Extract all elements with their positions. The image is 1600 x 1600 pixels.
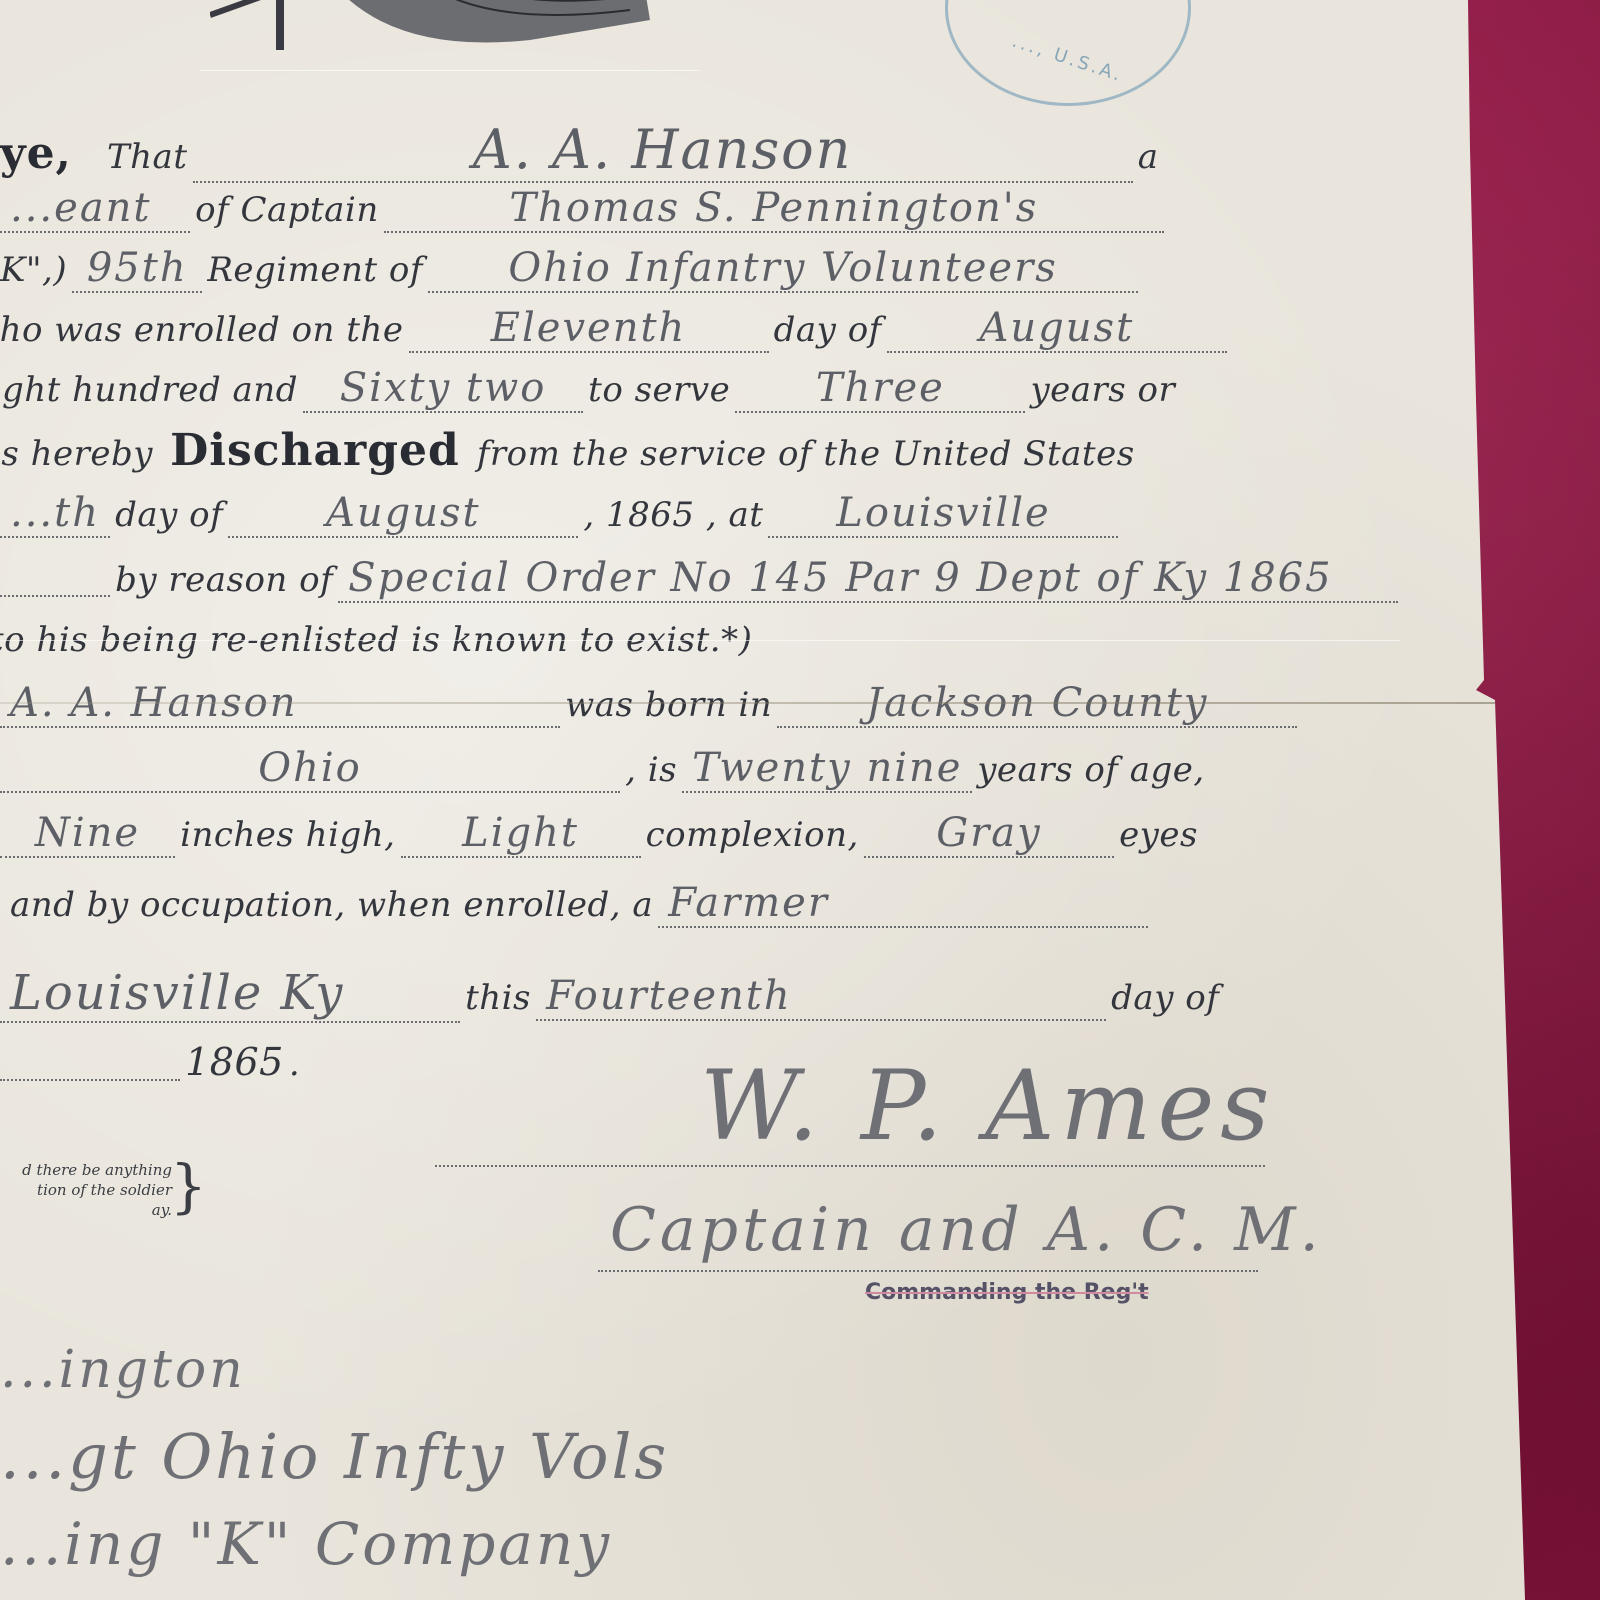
soldier-rank: ...eant	[0, 185, 190, 233]
printed-text: to serve	[588, 370, 730, 410]
printed-text: this	[465, 978, 531, 1018]
captain-name: Thomas S. Pennington's	[384, 185, 1164, 233]
commanding-label: Commanding the Reg't	[865, 1280, 1149, 1305]
given-day: Fourteenth	[536, 973, 1106, 1021]
discharged-heading: Discharged	[170, 425, 460, 476]
printed-text: eyes	[1119, 815, 1198, 855]
printed-text: of Captain	[195, 190, 379, 230]
printed-text: , 1865 , at	[583, 495, 763, 535]
printed-text: day of	[1111, 978, 1219, 1018]
line-regiment: K",) 95th Regiment of Ohio Infantry Volu…	[0, 245, 1138, 293]
line-given-at: Louisville Ky this Fourteenth day of	[0, 965, 1219, 1023]
discharge-month: August	[228, 490, 578, 538]
printed-text: , is	[625, 750, 677, 790]
discharge-place: Louisville	[768, 490, 1118, 538]
discharge-certificate: ..., U.S.A. ye, That A. A. Hanson a ...e…	[0, 0, 1600, 1600]
footnote-line: ay.	[0, 1200, 172, 1220]
printed-text: years of age,	[977, 750, 1204, 790]
signature-line	[435, 1165, 1265, 1167]
title-line	[598, 1270, 1258, 1272]
discharge-reason: Special Order No 145 Par 9 Dept of Ky 18…	[338, 555, 1398, 603]
printed-text: by reason of	[115, 560, 333, 600]
footnote-line: tion of the soldier	[0, 1180, 172, 1200]
printed-text: day of	[774, 310, 882, 350]
line-enrolled: who was enrolled on the Eleventh day of …	[0, 305, 1227, 353]
printed-text: years or	[1030, 370, 1175, 410]
line-discharge-date: ...th day of August , 1865 , at Louisvil…	[0, 490, 1118, 538]
service-years: Three	[735, 365, 1025, 413]
occupation: Farmer	[658, 880, 1148, 928]
height-inches: Nine	[0, 810, 175, 858]
footnote-line: d there be anything	[0, 1160, 172, 1180]
footnote: d there be anything tion of the soldier …	[0, 1160, 172, 1220]
printed-text: .	[289, 1044, 300, 1084]
soldier-name-repeat: A. A. Hanson	[0, 680, 560, 728]
endorsement-line: ...ing "K" Company	[0, 1510, 612, 1578]
discharge-day: ...th	[0, 490, 110, 538]
printed-text: day of	[115, 495, 223, 535]
birth-county: Jackson County	[777, 680, 1297, 728]
line-occupation: and by occupation, when enrolled, a Farm…	[10, 880, 1148, 928]
printed-text: and by occupation, when enrolled, a	[10, 885, 653, 925]
printed-text: complexion,	[646, 815, 859, 855]
complexion: Light	[401, 810, 641, 858]
company-letter: K",)	[0, 250, 67, 290]
line-description: Nine inches high, Light complexion, Gray…	[0, 810, 1198, 858]
printed-text: inches high,	[180, 815, 395, 855]
printed-text: eight hundred and	[0, 370, 298, 410]
printed-text: from the service of the United States	[477, 434, 1135, 474]
soldier-name: A. A. Hanson	[193, 118, 1133, 183]
line-year: 1865 .	[0, 1040, 300, 1084]
line-captain: ...eant of Captain Thomas S. Pennington'…	[0, 185, 1164, 233]
line-name: ye, That A. A. Hanson a	[0, 118, 1158, 183]
eye-color: Gray	[864, 810, 1114, 858]
line-discharged: is hereby Discharged from the service of…	[0, 425, 1135, 476]
brace-icon: }	[170, 1152, 207, 1220]
printed-text: That	[107, 137, 188, 177]
engraving-illustration-icon	[210, 0, 660, 55]
enroll-year: Sixty two	[303, 365, 583, 413]
birth-state: Ohio	[0, 745, 620, 793]
endorsement-line: ...gt Ohio Infty Vols	[0, 1420, 669, 1493]
regiment-number: 95th	[72, 245, 202, 293]
printed-text: a	[1138, 137, 1159, 177]
officer-title: Captain and A. C. M.	[610, 1195, 1323, 1265]
commanding-text: Commanding the Reg't	[865, 1280, 1149, 1305]
soldier-age: Twenty nine	[682, 745, 972, 793]
regiment-name: Ohio Infantry Volunteers	[428, 245, 1138, 293]
printed-text: was born in	[565, 685, 772, 725]
printed-text: Regiment of	[207, 250, 423, 290]
given-at-place: Louisville Ky	[0, 965, 460, 1023]
line-reason: by reason of Special Order No 145 Par 9 …	[0, 555, 1398, 603]
printed-text: ye,	[0, 128, 72, 179]
enroll-day: Eleventh	[409, 305, 769, 353]
printed-text: is hereby	[0, 434, 153, 474]
printed-text: who was enrolled on the	[0, 310, 403, 350]
line-age: Ohio , is Twenty nine years of age,	[0, 745, 1205, 793]
enroll-month: August	[887, 305, 1227, 353]
paper-fold	[0, 702, 1495, 704]
endorsement-line: ...ington	[0, 1340, 246, 1400]
line-born: A. A. Hanson was born in Jackson County	[0, 680, 1297, 728]
line-service-term: eight hundred and Sixty two to serve Thr…	[0, 365, 1175, 413]
officer-signature: W. P. Ames	[700, 1050, 1276, 1162]
given-year: 1865	[185, 1040, 284, 1084]
